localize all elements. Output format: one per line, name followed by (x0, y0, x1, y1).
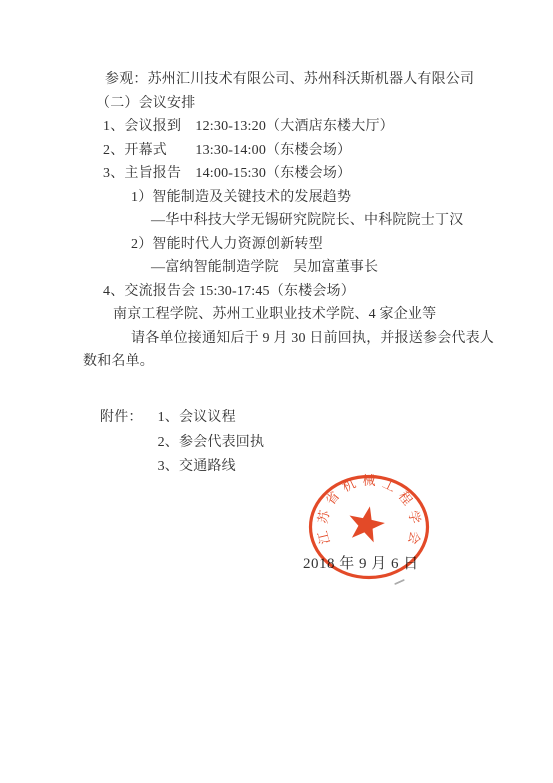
body-line-section-2: （二）会议安排 (83, 92, 523, 116)
attachment-item-1: 1、会议议程 (158, 406, 265, 431)
star-icon (350, 506, 385, 542)
body-line-visit: 参观：苏州汇川技术有限公司、苏州科沃斯机器人有限公司 (83, 68, 523, 92)
body-line-speaker-2: —富纳智能制造学院 吴加富董事长 (83, 256, 523, 280)
body-line-item-3: 3、主旨报告 14:00-15:30（东楼会场） (83, 162, 523, 186)
attachments-block: 附件： 1、会议议程 2、参会代表回执 3、交通路线 (83, 406, 264, 480)
attachment-item-2: 2、参会代表回执 (158, 431, 265, 456)
attachment-item-3: 3、交通路线 (158, 455, 265, 480)
body-line-item-2: 2、开幕式 13:30-14:00（东楼会场） (83, 139, 523, 163)
body-line-reply-wrap: 数和名单。 (83, 350, 523, 374)
official-seal-stamp: 江苏省机械工程学会 (306, 468, 432, 586)
attachments-label: 附件： (83, 406, 143, 431)
attachments-list: 1、会议议程 2、参会代表回执 3、交通路线 (158, 406, 265, 480)
body-line-participants: 南京工程学院、苏州工业职业技术学院、4 家企业等 (83, 303, 523, 327)
body-line-item-1: 1、会议报到 12:30-13:20（大酒店东楼大厅） (83, 115, 523, 139)
body-line-reply-note: 请各单位接通知后于 9 月 30 日前回执，并报送参会代表人 (83, 327, 523, 351)
body-line-speaker-1: —华中科技大学无锡研究院院长、中科院院士丁汉 (83, 209, 523, 233)
body-line-subitem-1: 1）智能制造及关键技术的发展趋势 (83, 186, 523, 210)
document-page: 参观：苏州汇川技术有限公司、苏州科沃斯机器人有限公司 （二）会议安排 1、会议报… (0, 0, 553, 783)
body-line-subitem-2: 2）智能时代人力资源创新转型 (83, 233, 523, 257)
notice-body: 参观：苏州汇川技术有限公司、苏州科沃斯机器人有限公司 （二）会议安排 1、会议报… (83, 68, 523, 374)
body-line-item-4: 4、交流报告会 15:30-17:45（东楼会场） (83, 280, 523, 304)
